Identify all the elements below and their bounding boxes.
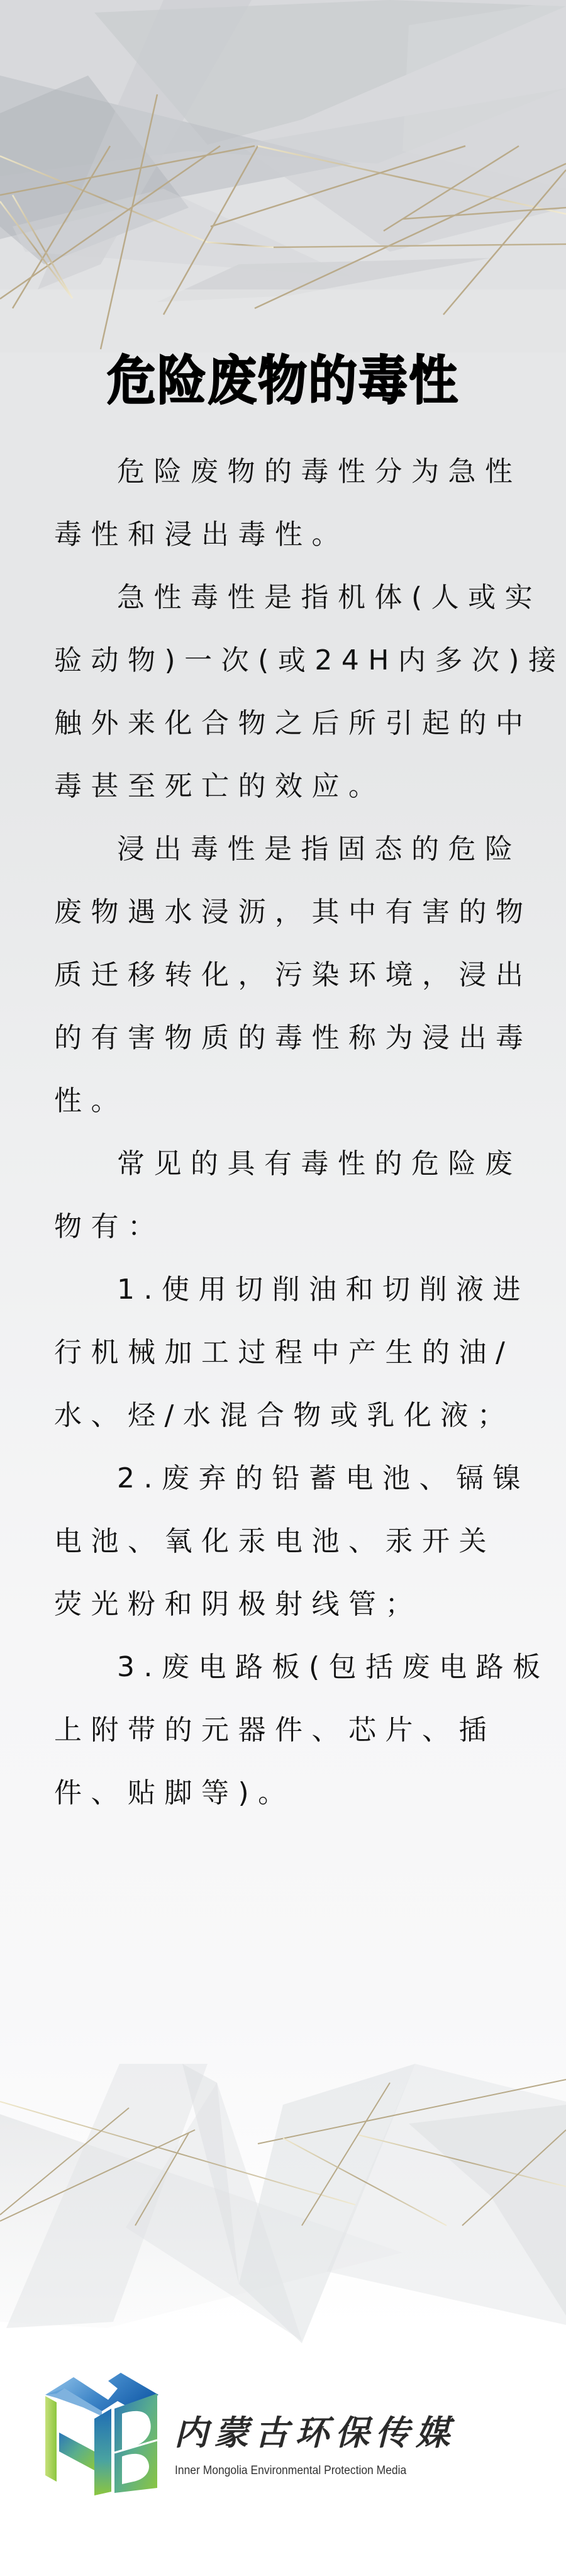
list-item-line: 上附带的元器件、芯片、插 bbox=[54, 1710, 519, 1773]
paragraph-line: 危险废物的毒性分为急性 bbox=[54, 452, 519, 515]
brand-name-chinese: 内蒙古环保传媒 bbox=[174, 2406, 456, 2455]
paragraph-line: 质迁移转化，污染环境，浸出 bbox=[54, 955, 519, 1018]
paragraph-line: 触外来化合物之后所引起的中 bbox=[54, 703, 519, 766]
article-body: 危险废物的毒性分为急性 毒性和浸出毒性。 急性毒性是指机体(人或实 验动物)一次… bbox=[54, 452, 519, 1836]
paragraph-line: 浸出毒性是指固态的危险 bbox=[54, 829, 519, 892]
paragraph-line: 的有害物质的毒性称为浸出毒 bbox=[54, 1018, 519, 1081]
list-item-line: 3.废电路板(包括废电路板 bbox=[54, 1647, 519, 1710]
list-item-line: 荧光粉和阴极射线管； bbox=[54, 1584, 519, 1647]
decorative-geometric-background-top bbox=[0, 0, 566, 352]
paragraph-line: 验动物)一次(或24H内多次)接 bbox=[54, 641, 519, 703]
decorative-geometric-background-bottom bbox=[0, 2064, 566, 2360]
list-item-line: 2.废弃的铅蓄电池、镉镍 bbox=[54, 1459, 519, 1521]
paragraph-line: 常见的具有毒性的危险废 bbox=[54, 1144, 519, 1207]
list-item-line: 1.使用切削油和切削液进 bbox=[54, 1270, 519, 1333]
imepm-cube-logo-icon bbox=[39, 2370, 158, 2495]
page-title: 危险废物的毒性 bbox=[0, 347, 566, 415]
paragraph-line: 毒性和浸出毒性。 bbox=[54, 515, 519, 578]
brand-name-english: Inner Mongolia Environmental Protection … bbox=[175, 2464, 406, 2478]
list-item-line: 行机械加工过程中产生的油/ bbox=[54, 1333, 519, 1396]
paragraph-line: 废物遇水浸沥，其中有害的物 bbox=[54, 892, 519, 955]
paragraph-line: 性。 bbox=[54, 1081, 519, 1144]
paragraph-line: 物有： bbox=[54, 1207, 519, 1270]
brand-footer: 内蒙古环保传媒 Inner Mongolia Environmental Pro… bbox=[39, 2370, 542, 2495]
list-item-line: 件、贴脚等)。 bbox=[54, 1773, 519, 1836]
list-item-line: 水、烃/水混合物或乳化液； bbox=[54, 1396, 519, 1459]
paragraph-line: 毒甚至死亡的效应。 bbox=[54, 766, 519, 829]
paragraph-line: 急性毒性是指机体(人或实 bbox=[54, 578, 519, 641]
list-item-line: 电池、氧化汞电池、汞开关 bbox=[54, 1521, 519, 1584]
